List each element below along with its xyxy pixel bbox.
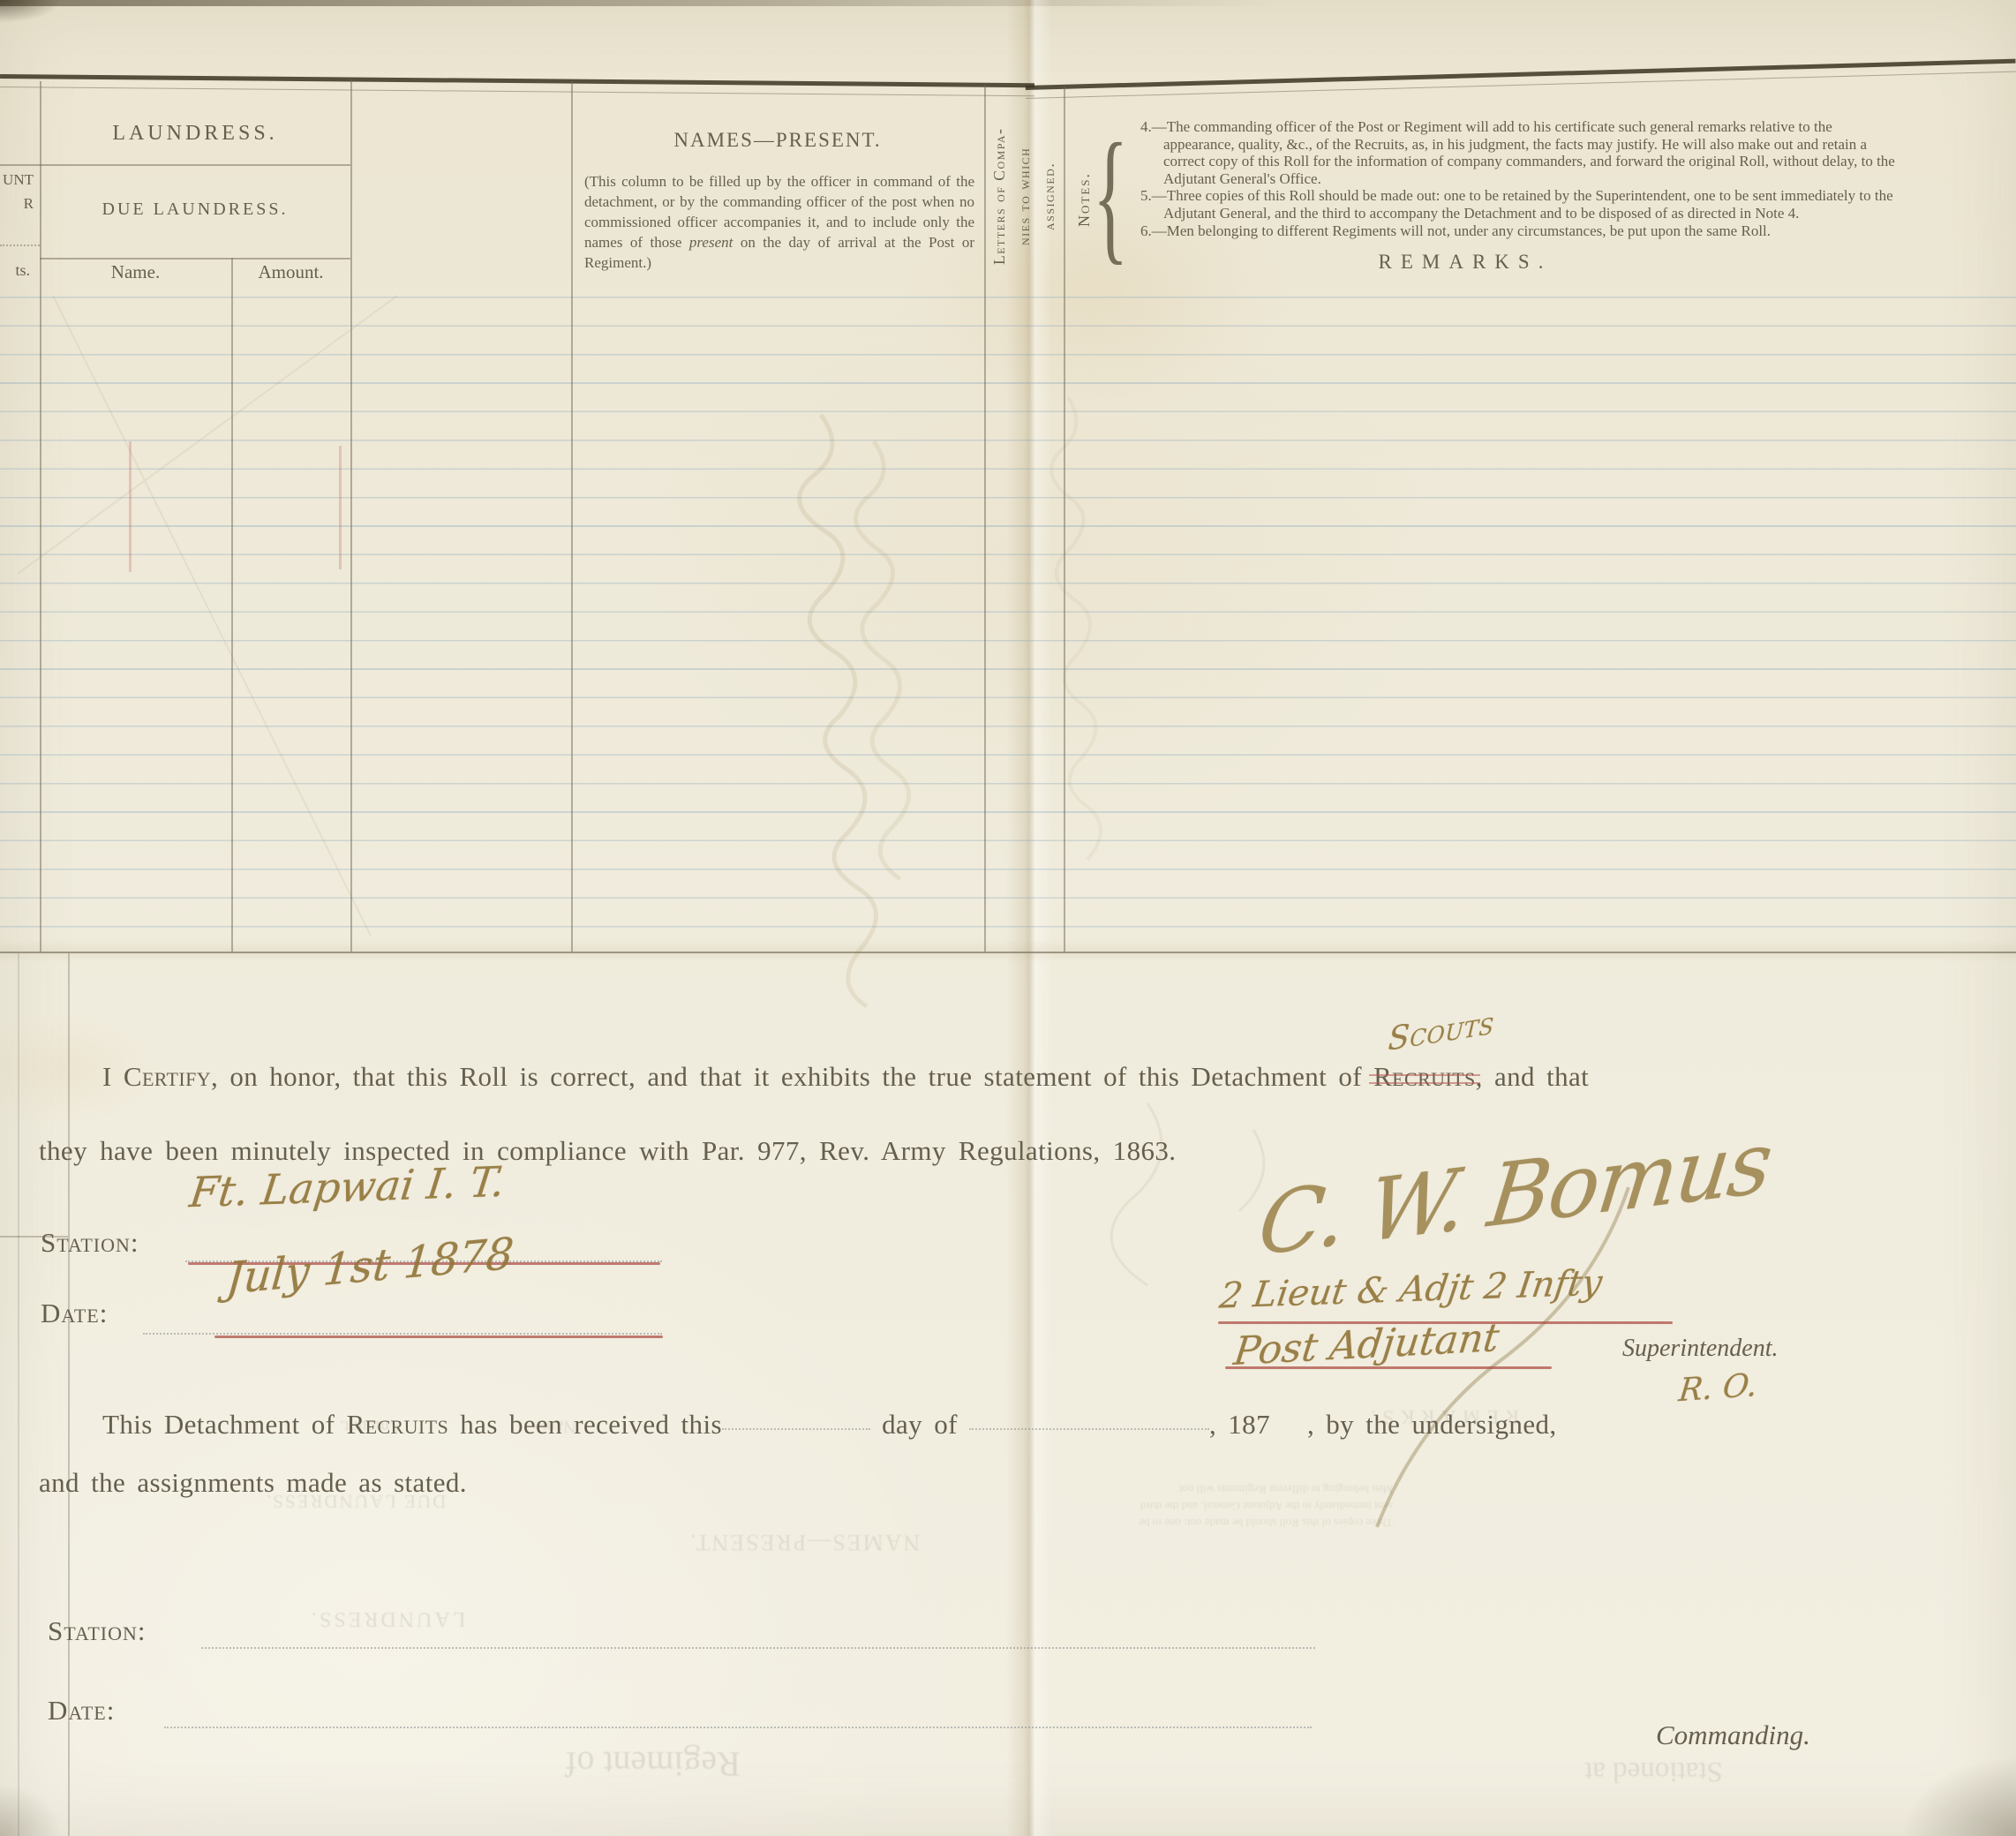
- certify-text: I: [102, 1061, 124, 1092]
- certify-text: , on honor, that this Roll is correct, a…: [211, 1061, 1191, 1092]
- date-red-underline: [214, 1336, 663, 1338]
- bottom-date-blank: [164, 1700, 1312, 1728]
- superintendent-label: Superintendent.: [1622, 1335, 1779, 1363]
- muster-roll-document: UNT R ts. LAUNDRESS. DUE LAUNDRESS. Name…: [0, 0, 2016, 1836]
- recruits-text: Recruits: [1373, 1061, 1476, 1092]
- handwritten-initials: R. O.: [1677, 1367, 1759, 1410]
- bottom-date-label: Date:: [48, 1695, 115, 1727]
- bottom-station-label: Station:: [48, 1615, 147, 1647]
- certify-line-2: they have been minutely inspected in com…: [39, 1135, 1176, 1167]
- day-blank: [722, 1426, 870, 1430]
- bleedthrough-regiment-of: Regiment of: [565, 1743, 741, 1785]
- bleedthrough-amount: Amount.: [340, 1416, 402, 1436]
- receipt-text: , 187: [1209, 1409, 1270, 1440]
- bleedthrough-laundress: LAUNDRESS.: [309, 1606, 465, 1630]
- bleedthrough-due-laundress: DUE LAUNDRESS.: [265, 1490, 446, 1512]
- bleedthrough-handwriting: [0, 0, 2016, 1836]
- struck-word-recruits: RecruitsScouts: [1373, 1061, 1476, 1093]
- receipt-text: day of: [882, 1409, 958, 1440]
- receipt-text: has been received this: [448, 1409, 722, 1440]
- date-blank-line: [143, 1305, 662, 1335]
- bleedthrough-stationed-at: Stationed at: [1584, 1755, 1723, 1787]
- bleedthrough-notes-line: Three copies of this Roll should be made…: [1013, 1515, 1393, 1531]
- date-label: Date:: [41, 1298, 108, 1329]
- certify-line-1: I Certify, on honor, that this Roll is c…: [102, 1061, 1589, 1093]
- month-blank: [969, 1426, 1209, 1430]
- commanding-label: Commanding.: [1656, 1719, 1810, 1751]
- bleedthrough-notes-line: Men belonging to different Regiments wil…: [1013, 1481, 1393, 1498]
- bleedthrough-names-present: NAMES—PRESENT.: [688, 1529, 920, 1555]
- station-label: Station:: [41, 1227, 139, 1259]
- certify-word: Certify: [124, 1061, 211, 1092]
- certify-text: Detachment of: [1191, 1061, 1373, 1092]
- year-digit-blank: [1270, 1428, 1307, 1430]
- bleedthrough-remarks: REMARKS.: [1364, 1405, 1519, 1428]
- bleedthrough-notes-line: sent immediately to the Adjutant General…: [1013, 1498, 1393, 1515]
- certify-text: , and that: [1476, 1061, 1590, 1092]
- bleedthrough-notes: Three copies of this Roll should be made…: [1013, 1481, 1393, 1531]
- receipt-line-1: This Detachment of Recruits has been rec…: [102, 1409, 1557, 1441]
- bleedthrough-name: Name.: [530, 1416, 576, 1436]
- post-adjutant-red-underline: [1225, 1366, 1552, 1369]
- receipt-text: This Detachment of: [102, 1409, 347, 1440]
